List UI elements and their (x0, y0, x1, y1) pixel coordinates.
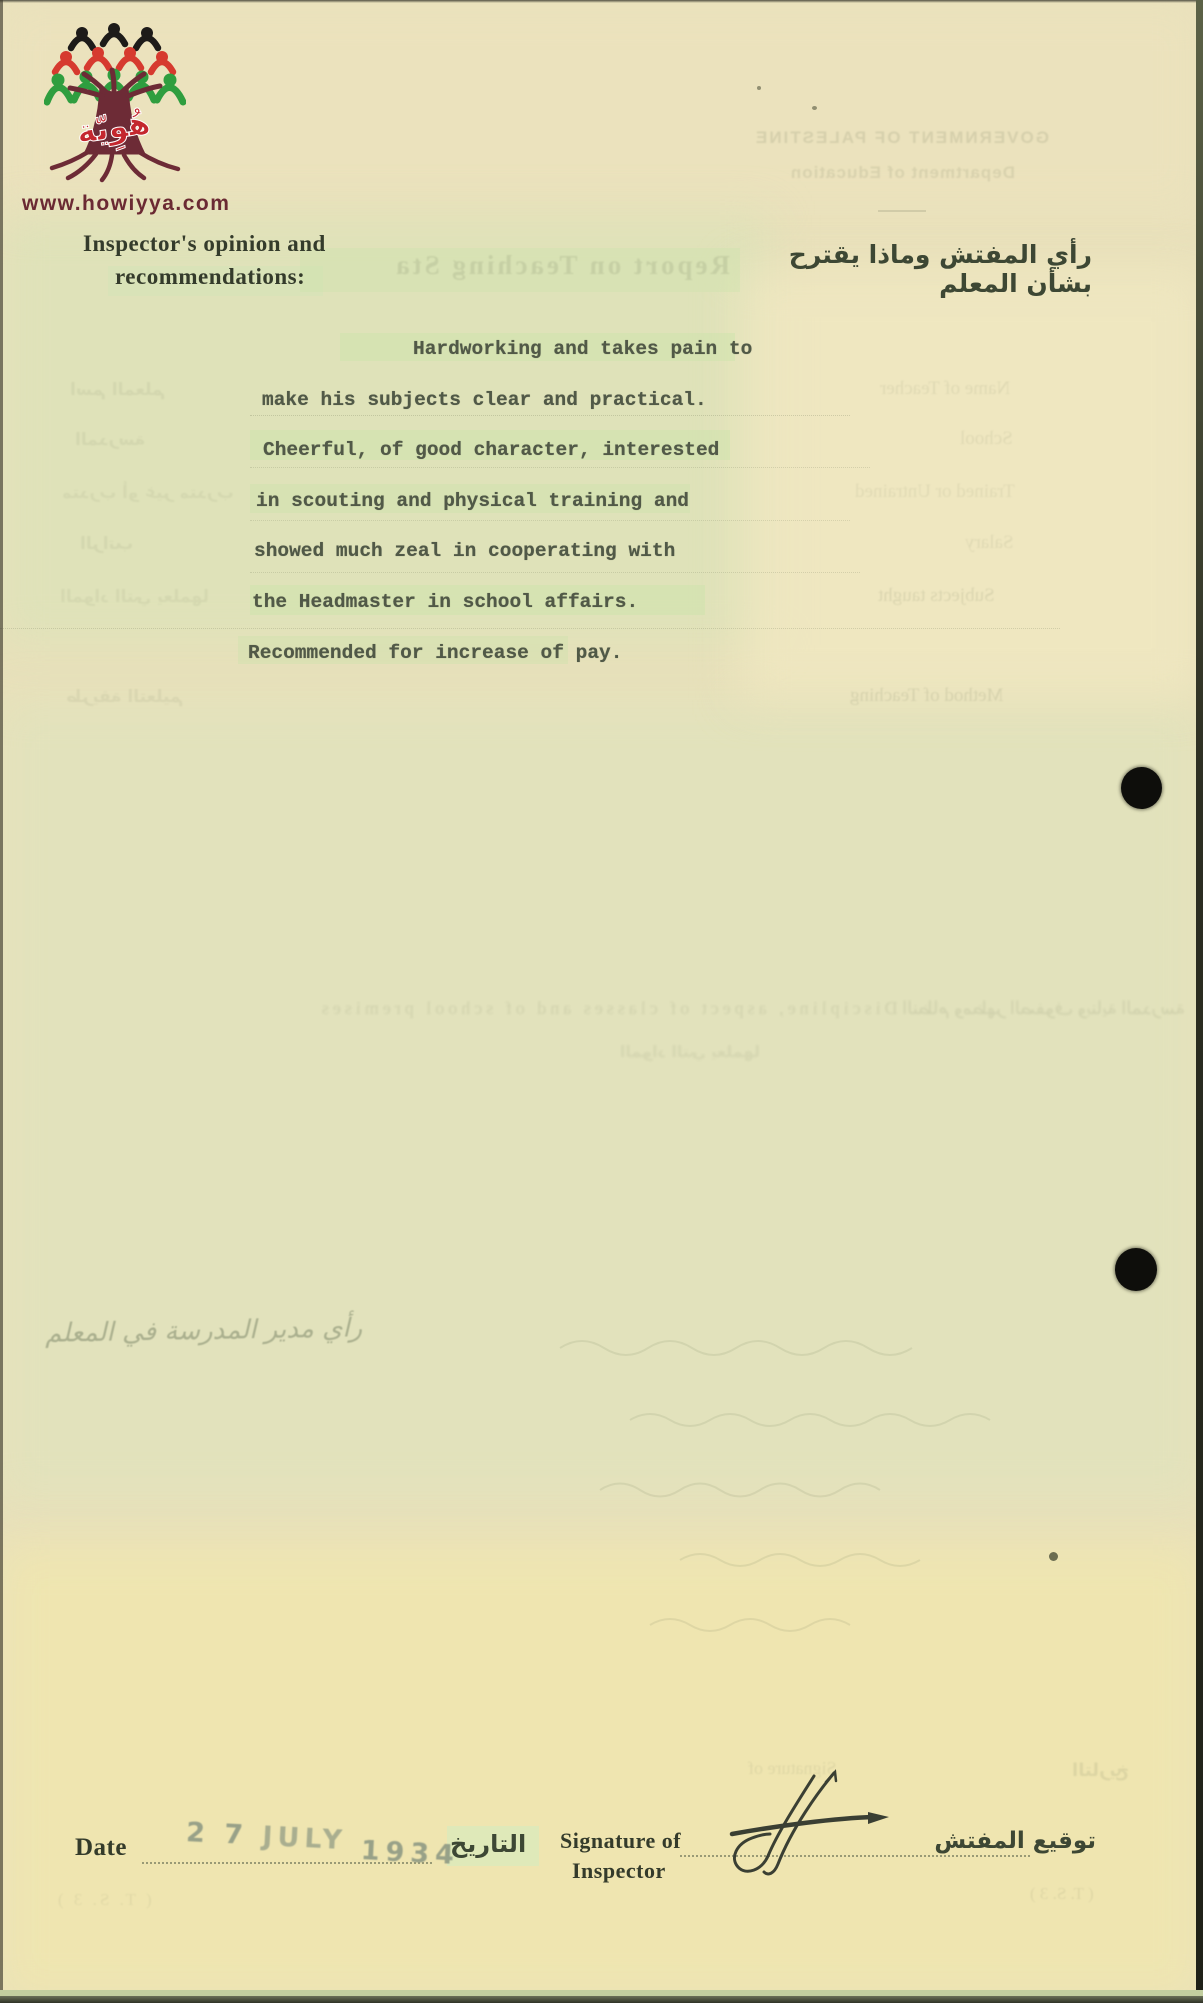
date-stamp-day: 2 7 (185, 1817, 249, 1851)
punch-hole-top (1121, 767, 1162, 809)
ghost-handwriting-squiggles (540, 1330, 1180, 1650)
ghost-discipline-row: النظام ومظهر الصفوف وبناية المدرسة Disci… (20, 998, 1185, 1019)
inspector-opinion-label-arabic: رأي المفتش وماذا يقترح بشأن المعلم (770, 240, 1092, 298)
typed-line: Cheerful, of good character, interested (263, 425, 748, 476)
howiyya-url: www.howiyya.com (22, 192, 230, 216)
inspector-opinion-label-line1: Inspector's opinion and (83, 231, 326, 257)
signature-label-arabic: توقيع المفتش (1030, 1828, 1096, 1854)
inspector-label: Inspector (572, 1856, 666, 1885)
date-stamp-month: JULY (262, 1821, 348, 1856)
scan-stripe (300, 248, 740, 292)
signature-of-label: Signature of (560, 1826, 681, 1855)
ghost-opinion-handwriting-arabic: رأي مدير المدرسة في المعلم (45, 1313, 363, 1349)
ghost-form-code: ( T. S. 3 ) (1030, 1884, 1094, 1904)
ghost-row-arabic: المدرسة (75, 430, 145, 450)
ghost-row-method-of-teaching: Method of Teaching (850, 685, 1003, 707)
typed-line: Recommended for increase of pay. (248, 628, 748, 679)
ghost-row-subjects-taught: Subjects taught (878, 585, 995, 607)
typed-line: Hardworking and takes pain to (248, 324, 748, 375)
ghost-discipline-row-2: المواد التي يعلمها (290, 1042, 760, 1061)
ghost-department-of-education: Department of Education (757, 163, 1015, 183)
typed-line: in scouting and physical training and (256, 476, 748, 527)
paper-speck (757, 86, 761, 90)
typed-remarks-block: Hardworking and takes pain to make his s… (248, 324, 748, 678)
ghost-row-name-of-teacher: Name of Teacher (880, 378, 1010, 400)
ghost-row-arabic: المواد التي يعلمها (60, 587, 209, 607)
inspector-signature-ink (726, 1768, 921, 1880)
scanned-document-page: { "watermark": { "site": "www.howiyya.co… (0, 0, 1203, 2003)
ghost-government-of-palestine: GOVERNMENT OF PALESTINE (737, 128, 1049, 148)
sheet-edge-bottom-green (0, 1990, 1203, 1997)
ghost-row-arabic: متدرب أو غير متدرب (62, 483, 234, 503)
sheet-edge-left (0, 0, 3, 2003)
ghost-form-code-left: ( T. S. 3 ) (55, 1890, 152, 1910)
ghost-row-arabic: طريقة التعليم (66, 687, 183, 707)
inspector-opinion-label-line2: recommendations: (115, 264, 305, 290)
ghost-row-trained: Trained or Untrained (855, 481, 1015, 503)
punch-hole-bottom (1115, 1248, 1157, 1291)
typed-line: make his subjects clear and practical. (262, 375, 748, 426)
ghost-row-arabic: الراتب (80, 534, 133, 554)
date-label-arabic: التاريخ (450, 1830, 526, 1858)
typed-line: the Headmaster in school affairs. (252, 577, 748, 628)
howiyya-logo: هُوِيّة (44, 22, 186, 196)
ghost-row-arabic: اسم المعلم (70, 380, 165, 400)
date-label: Date (75, 1834, 127, 1862)
ghost-row-salary: Salary (965, 532, 1014, 554)
sheet-edge-top (0, 0, 1203, 3)
sheet-edge-bottom-dark (0, 1996, 1203, 2003)
typed-line: showed much zeal in cooperating with (254, 526, 748, 577)
ghost-row-school: School (960, 428, 1013, 450)
howiyya-tree-graphic: هُوِيّة (44, 22, 186, 196)
ghost-rule-dash (878, 210, 926, 212)
paper-speck (1049, 1552, 1058, 1561)
ghost-date-arabic: التاريخ (1072, 1760, 1129, 1781)
paper-speck (812, 106, 817, 110)
ghost-report-title: Report on Teaching Sta (330, 250, 730, 281)
sheet-edge-right (1196, 0, 1203, 2003)
date-stamp-year: 1934 (360, 1835, 461, 1871)
tint-cream-right (740, 270, 1203, 700)
